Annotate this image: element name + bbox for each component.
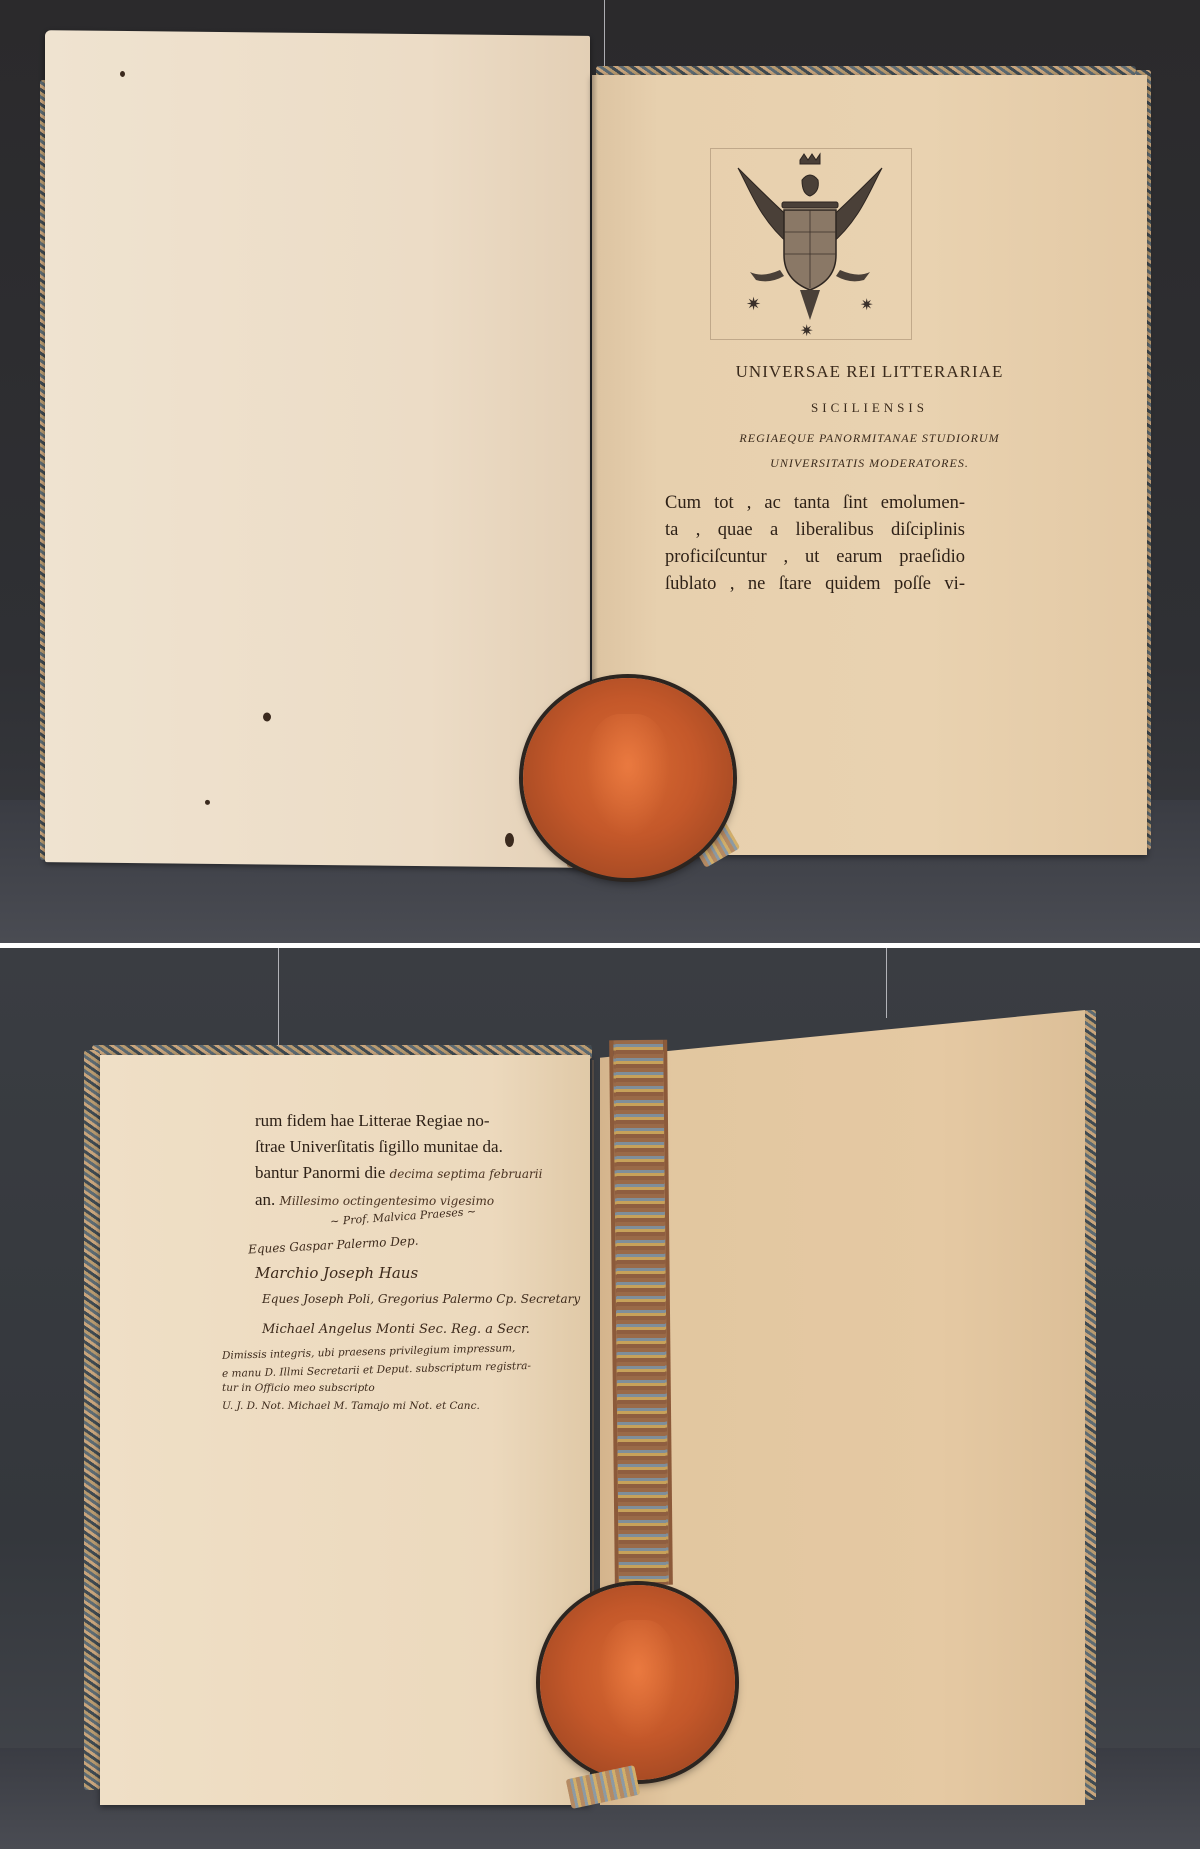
diploma-heading-line1: UNIVERSAE REI LITTERARIAE [592,362,1147,382]
signature-line: U. J. D. Not. Michael M. Tamajo mi Not. … [222,1400,480,1412]
svg-text:✷: ✷ [746,294,761,314]
signature-line: Michael Angelus Monti Sec. Reg. a Secr. [262,1322,530,1337]
body-line: ta , quae a liberalibus diſciplinis [665,517,965,544]
seal-relief-figure [599,1620,677,1741]
wax-seal-top [523,678,733,878]
signature-line: Marchio Joseph Haus [255,1264,418,1282]
top-photo: ✷ ✷ ✷ UNIVERSAE REI LITTERARIAE SICILIEN… [0,0,1200,943]
signature-line: tur in Officio meo subscripto [222,1382,375,1394]
closing-printed-text: rum fidem hae Litterae Regiae no- ſtrae … [255,1108,565,1214]
hanging-wire [886,948,887,1018]
foxing-spot [505,833,514,847]
body-line: proficiſcuntur , ut earum praeſidio [665,544,965,571]
diploma-body-text: Cum tot , ac tanta ſint emolumen- ta , q… [665,490,965,598]
svg-text:✷: ✷ [860,297,873,314]
svg-text:✷: ✷ [800,323,813,340]
eagle-coat-of-arms-icon: ✷ ✷ ✷ [720,150,900,340]
foxing-spot [205,800,210,805]
diploma-heading-line3: REGIAEQUE PANORMITANAE STUDIORUM [592,431,1147,446]
printed-line: ſtrae Univerſitatis ſigillo munitae da. [255,1134,565,1160]
wax-seal-bottom [540,1585,735,1780]
diploma-heading-line4: UNIVERSITATIS MODERATORES. [592,456,1147,471]
printed-line: bantur Panormi die decima septima februa… [255,1160,565,1187]
signature-line: Eques Joseph Poli, Gregorius Palermo Cp.… [262,1292,580,1306]
hanging-wire [278,948,279,1048]
marbled-cover-right [1084,1010,1096,1800]
diploma-heading-line2: SICILIENSIS [592,400,1147,416]
body-line: Cum tot , ac tanta ſint emolumen- [665,490,965,517]
marbled-cover-left [84,1050,100,1790]
handwritten-date: decima septima februarii [390,1167,543,1181]
left-page-blank [45,30,590,868]
foxing-spot [120,71,125,77]
seal-relief-figure [586,714,670,838]
foxing-spot [263,712,271,721]
woven-seal-ribbon [609,1040,673,1586]
body-line: ſublato , ne ſtare quidem poſſe vi- [665,571,965,598]
hanging-wire [604,0,605,75]
printed-line: rum fidem hae Litterae Regiae no- [255,1108,565,1134]
